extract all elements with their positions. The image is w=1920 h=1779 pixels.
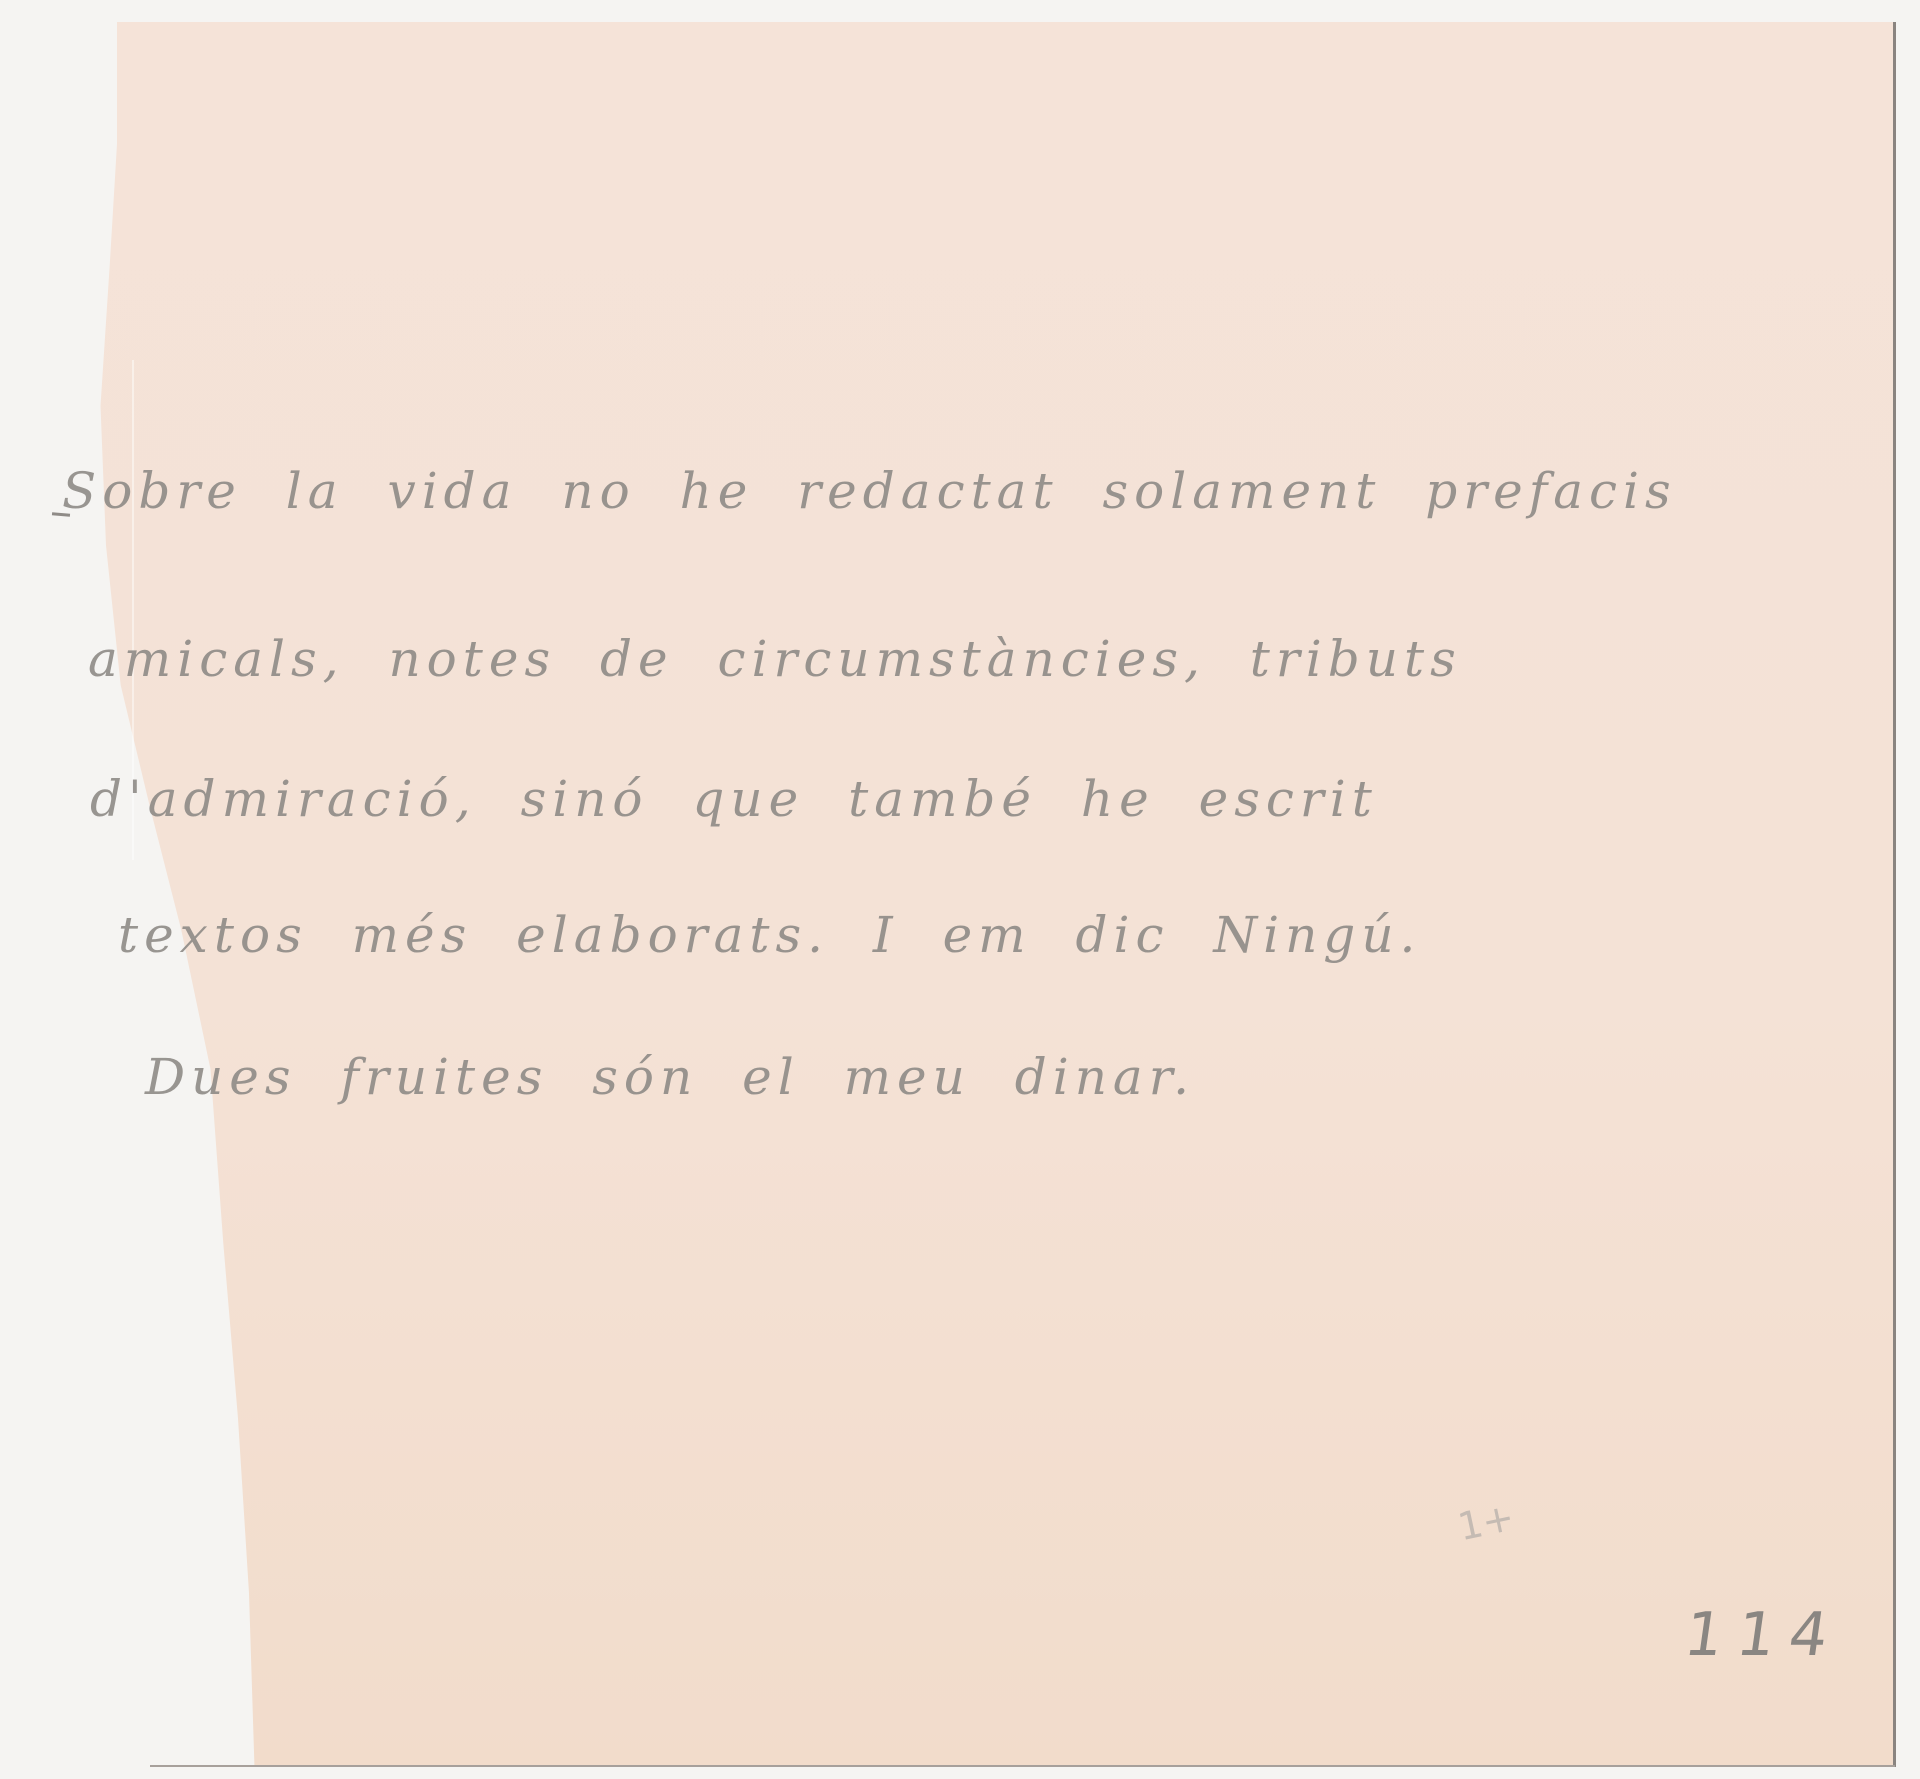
handwritten-line-4: textos més elaborats. I em dic Ningú. [118, 906, 1421, 964]
manuscript-page [62, 22, 1895, 1767]
handwritten-line-1: Sobre la vida no he redactat solament pr… [62, 462, 1677, 520]
handwritten-line-5: Dues fruites són el meu dinar. [145, 1048, 1195, 1106]
paper-edge-bottom [150, 1765, 1895, 1767]
page-number: 114 [1680, 1600, 1846, 1670]
handwritten-line-3: d'admiració, sinó que també he escrit [90, 770, 1378, 828]
handwritten-line-2: amicals, notes de circumstàncies, tribut… [88, 630, 1462, 688]
paper-edge-right [1893, 22, 1896, 1767]
